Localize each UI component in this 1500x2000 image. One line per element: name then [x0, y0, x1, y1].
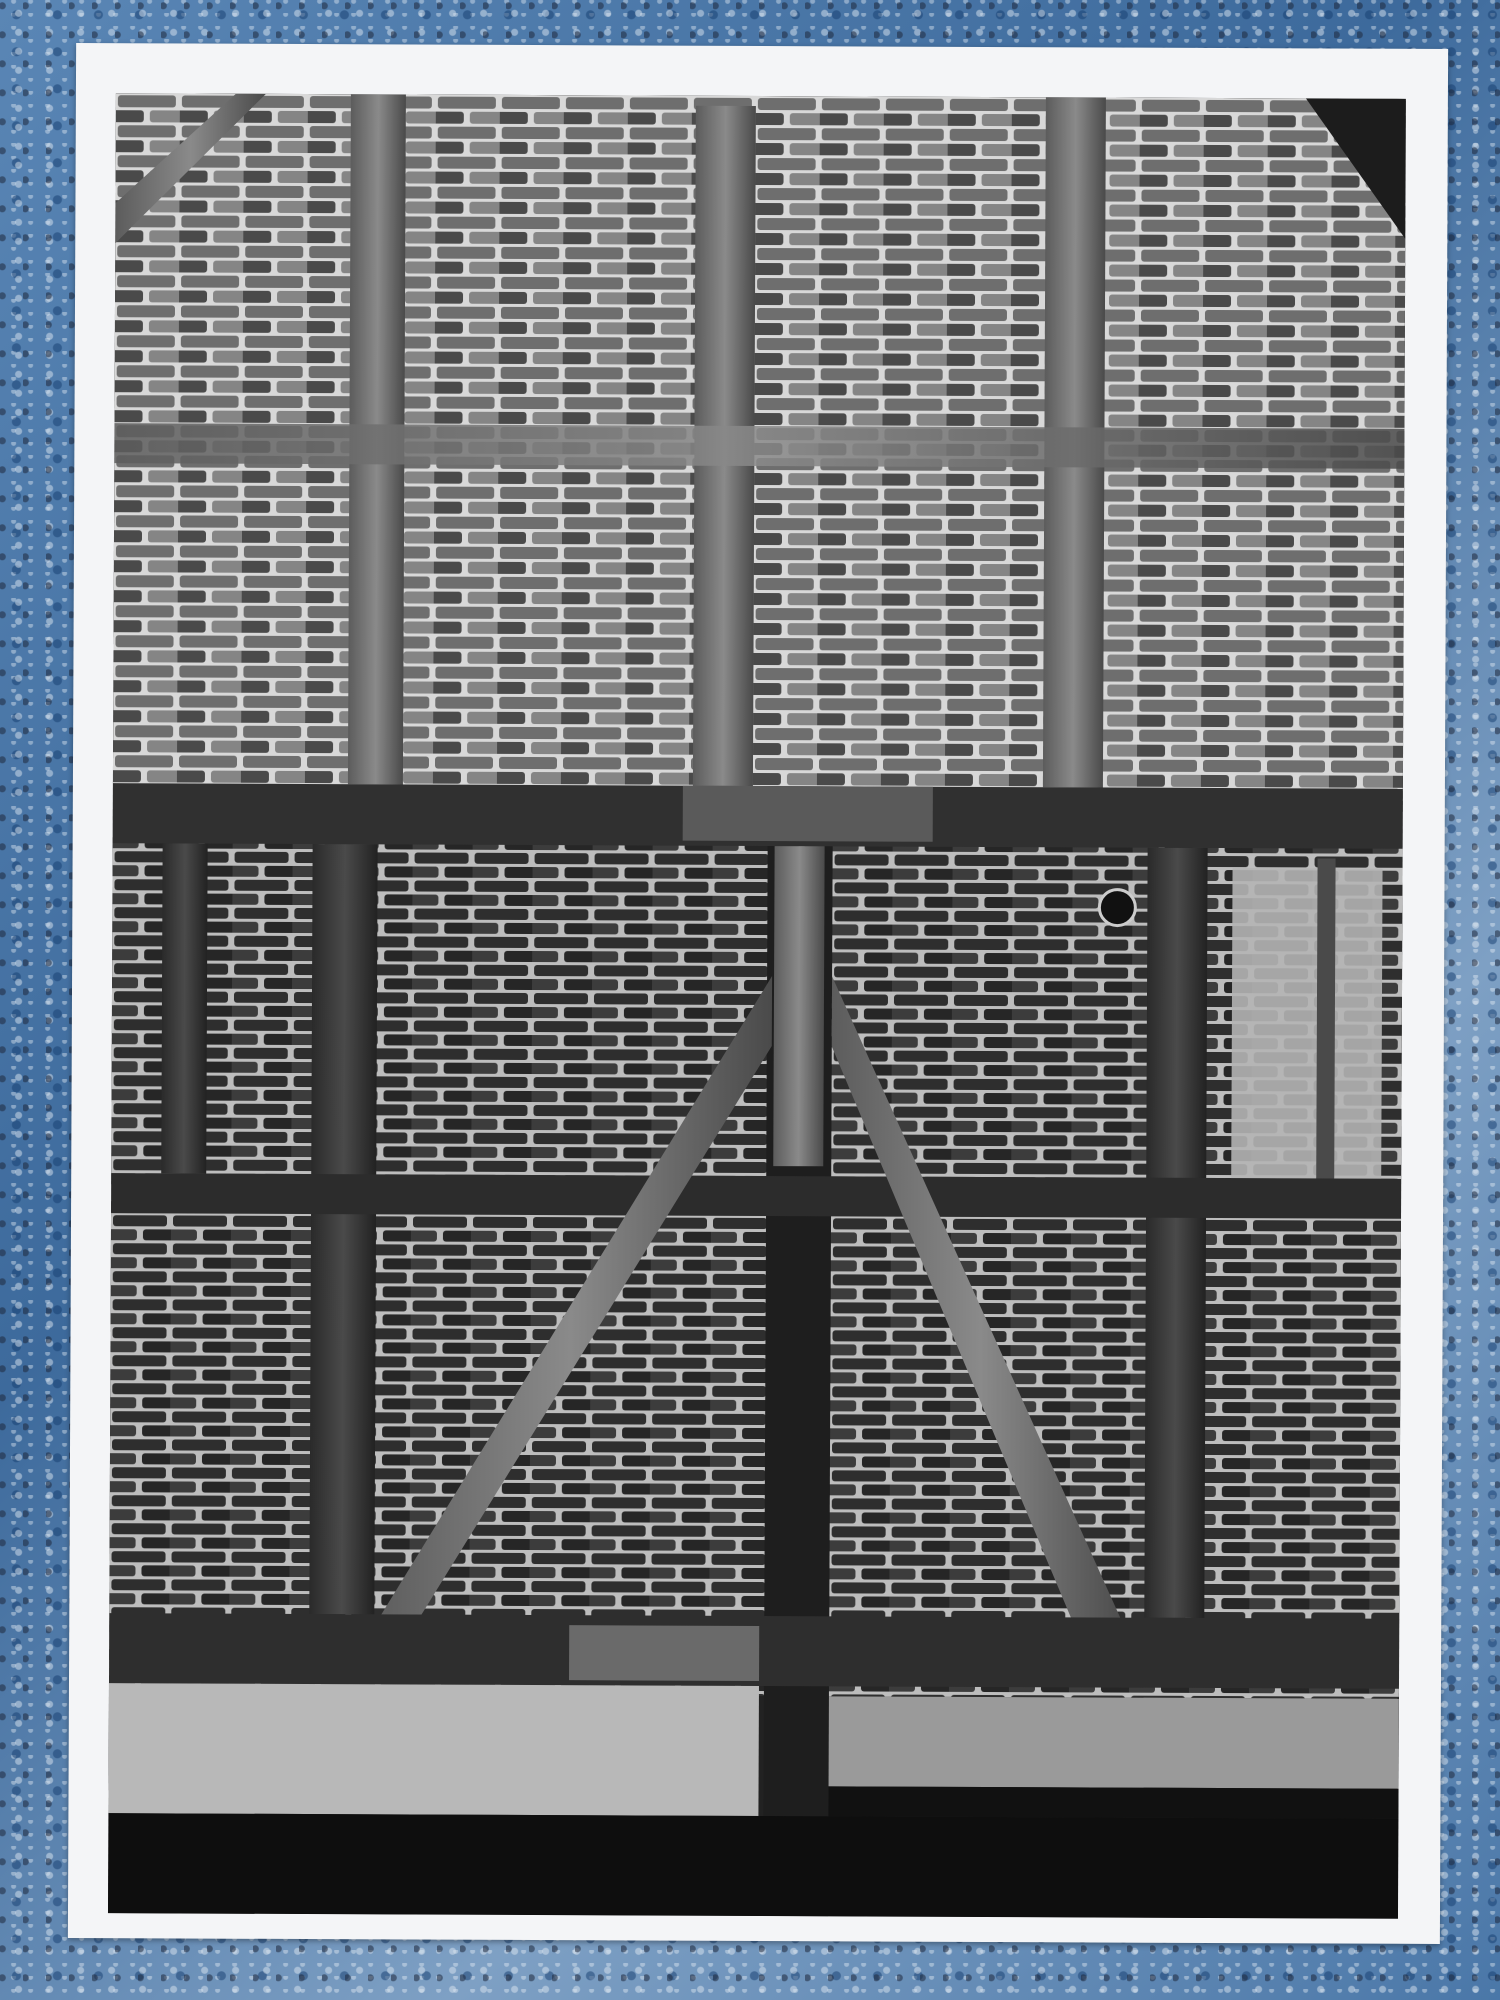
timber-wall-photo [108, 93, 1406, 1919]
wall-illustration [108, 93, 1406, 1919]
lower-brick-infill [109, 793, 1403, 1699]
photo-print [68, 43, 1448, 1944]
